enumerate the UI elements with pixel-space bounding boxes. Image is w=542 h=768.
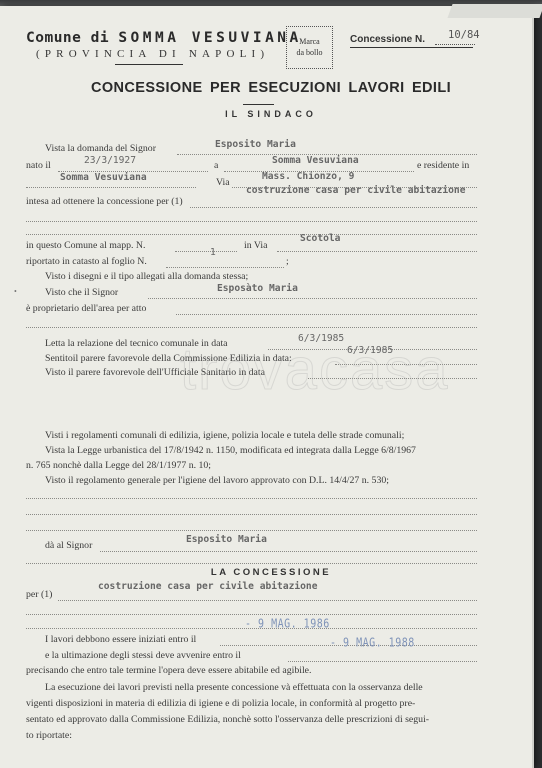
- start-date-stamp: - 9 MAG. 1986: [245, 618, 330, 631]
- mapp-label: in questo Comune al mapp. N.: [26, 240, 145, 251]
- purpose-line: [190, 207, 477, 208]
- applicant-name-field: Esposito Maria: [215, 139, 296, 150]
- per-label: per (1): [26, 589, 52, 600]
- disegni-statement: Visto i disegni e il tipo allegati alla …: [45, 271, 248, 282]
- blank-line: [26, 563, 477, 564]
- proprietario-label: è proprietario dell'area per atto: [26, 303, 146, 314]
- intesa-label: intesa ad ottenere la concessione per (1…: [26, 196, 183, 207]
- foglio-number-field: 1: [210, 247, 216, 258]
- grantee-name-field: Esposito Maria: [186, 534, 267, 545]
- esecuzione-line: to riportate:: [26, 730, 72, 741]
- watermark: trovacasa: [180, 336, 449, 403]
- residence-city-line: [26, 187, 196, 188]
- inizio-label: I lavori debbono essere iniziati entro i…: [45, 634, 196, 645]
- section-title: LA CONCESSIONE: [0, 567, 542, 578]
- site-street-field: Scotola: [300, 233, 340, 244]
- regulation-line: n. 765 nonchè dalla Legge del 28/1/1977 …: [26, 460, 211, 471]
- vista-domanda-label: Vista la domanda del Signor: [45, 143, 156, 154]
- a-label: a: [214, 160, 218, 171]
- atto-line: [176, 314, 477, 315]
- scan-mark: •: [14, 287, 17, 296]
- title-rule: [243, 104, 274, 105]
- birth-date-field: 23/3/1927: [84, 155, 136, 166]
- provincia-underline: [115, 64, 183, 65]
- owner-name-field: Esposàto Maria: [217, 283, 298, 294]
- purpose-field: costruzione casa per civile abitazione: [246, 185, 466, 196]
- ultimazione-label: e la ultimazione degli stessi deve avven…: [45, 650, 241, 661]
- mapp-number-line: [175, 251, 237, 252]
- da-al-signor-label: dà al Signor: [45, 540, 92, 551]
- blank-line: [26, 498, 477, 499]
- residence-street-field: Mass. Chionzo, 9: [262, 171, 354, 182]
- foglio-number-line: [166, 267, 284, 268]
- site-street-line: [277, 251, 477, 252]
- visto-signor-label: Visto che il Signor: [45, 287, 118, 298]
- comune-name: SOMMA VESUVIANA: [118, 30, 301, 46]
- nato-il-label: nato il: [26, 160, 51, 171]
- da-bollo-label: da bollo: [287, 47, 332, 58]
- page-corner-flap: [447, 4, 542, 18]
- comune-heading: Comune di SOMMA VESUVIANA: [26, 30, 302, 46]
- document-title: CONCESSIONE PER ESECUZIONI LAVORI EDILI: [0, 80, 542, 96]
- birth-place-field: Somma Vesuviana: [272, 155, 359, 166]
- concessione-number-label: Concessione N.: [350, 34, 425, 45]
- esecuzione-line: vigenti disposizioni in materia di edili…: [26, 698, 415, 709]
- grantee-name-line: [100, 551, 477, 552]
- end-date-line: [288, 661, 477, 662]
- owner-name-line: [148, 298, 477, 299]
- concessione-number-underline: [350, 47, 473, 48]
- marca-da-bollo-box: Marca da bollo: [286, 26, 333, 69]
- comune-prefix: Comune di: [26, 30, 109, 46]
- grant-purpose-line: [58, 600, 477, 601]
- concessione-number-dots: [435, 44, 475, 45]
- regulation-line: Visti i regolamenti comunali di edilizia…: [45, 430, 404, 441]
- regulation-line: Visto il regolamento generale per l'igie…: [45, 475, 389, 486]
- regulation-line: Vista la Legge urbanistica del 17/8/1942…: [45, 445, 416, 456]
- document-subtitle: IL SINDACO: [0, 109, 542, 119]
- blank-line: [26, 234, 477, 235]
- esecuzione-line: La esecuzione dei lavori previsti nella …: [45, 682, 423, 693]
- end-date-stamp: - 9 MAG. 1988: [330, 637, 415, 650]
- residence-city-field: Somma Vesuviana: [60, 172, 147, 183]
- esecuzione-line: sentato ed approvato dalla Commissione E…: [26, 714, 429, 725]
- blank-line: [26, 327, 477, 328]
- residente-label: e residente in: [417, 160, 469, 171]
- blank-line: [26, 221, 477, 222]
- abitabile-statement: precisando che entro tale termine l'oper…: [26, 665, 311, 676]
- foglio-label: riportato in catasto al foglio N.: [26, 256, 147, 267]
- blank-line: [26, 514, 477, 515]
- concessione-number-value: 10/84: [448, 29, 480, 41]
- blank-line: [26, 530, 477, 531]
- marca-label: Marca: [287, 36, 332, 47]
- provincia-label: (PROVINCIA DI NAPOLI): [36, 48, 269, 60]
- in-via-label: in Via: [244, 240, 267, 251]
- grant-purpose-field: costruzione casa per civile abitazione: [98, 581, 318, 592]
- foglio-end: ;: [286, 256, 289, 267]
- blank-line: [26, 614, 477, 615]
- via-label: Via: [216, 177, 230, 188]
